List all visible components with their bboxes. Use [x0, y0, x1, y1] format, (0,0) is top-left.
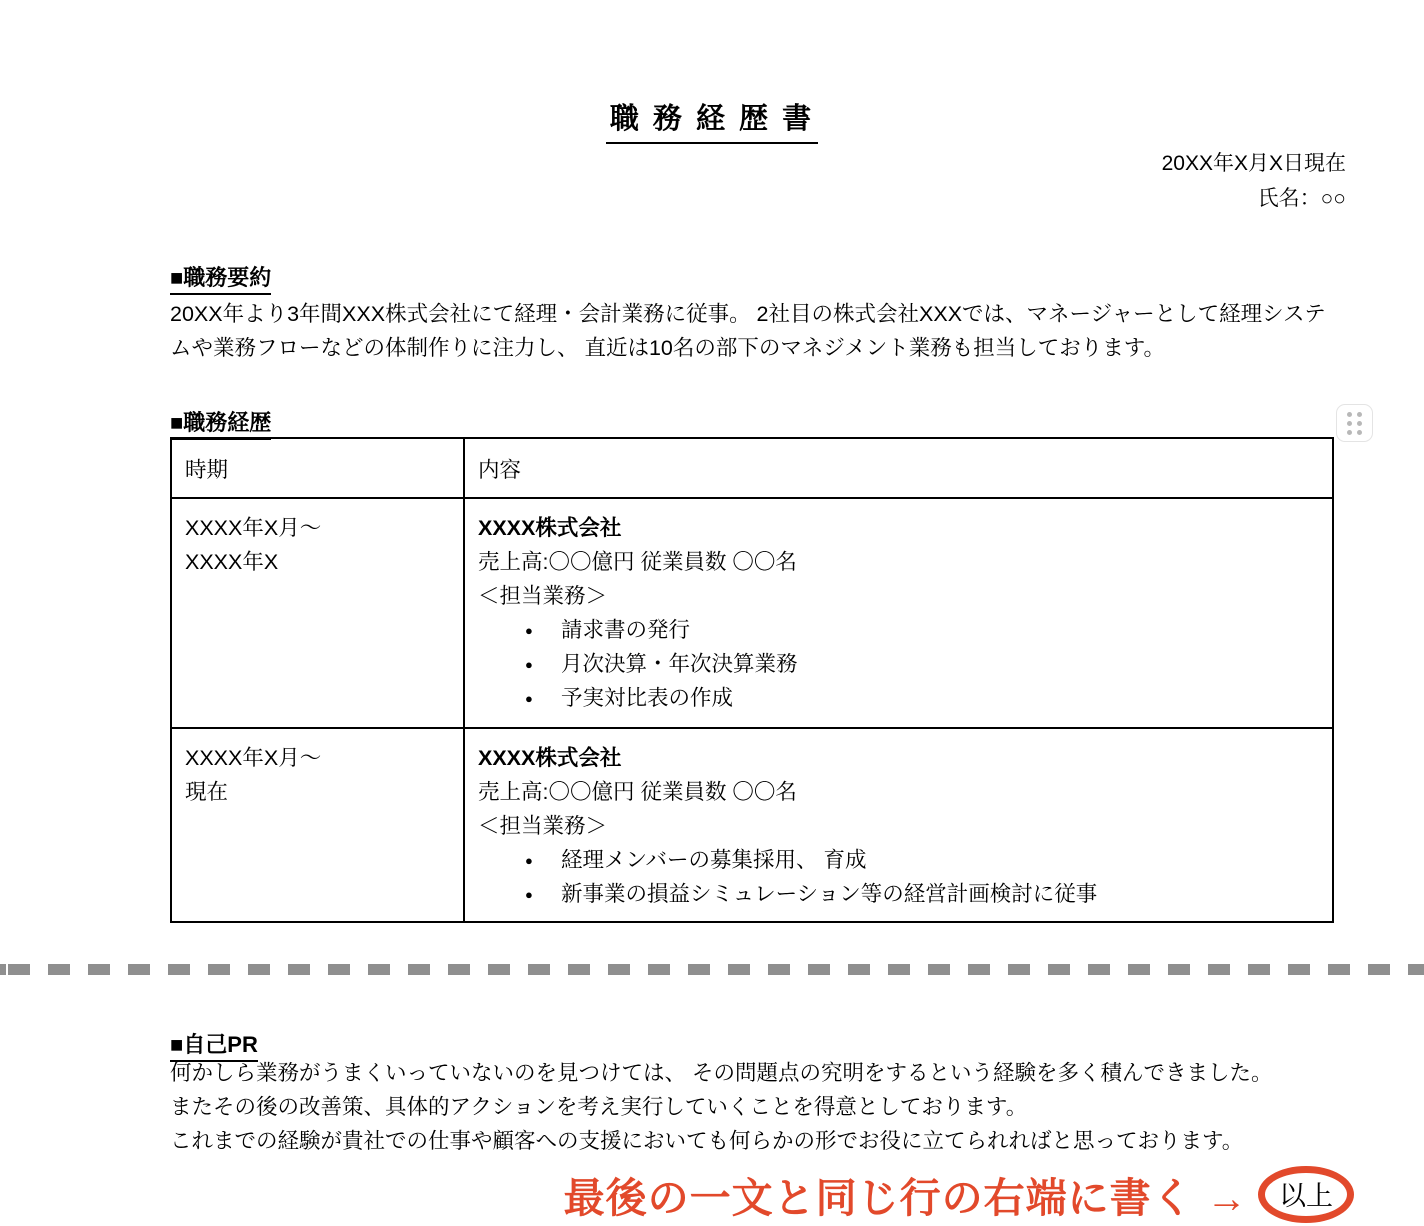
company-name: XXXX株式会社	[478, 511, 1322, 545]
document-page: 職 務 経 歴 書 20XX年X月X日現在 氏名：○○ ■職務要約 20XX年よ…	[0, 0, 1424, 1226]
name-line: 氏名：○○	[170, 181, 1346, 216]
career-heading: ■職務経歴	[170, 406, 1346, 440]
date-line: 20XX年X月X日現在	[170, 146, 1346, 181]
column-header-content: 内容	[464, 438, 1333, 498]
annotation-note: 最後の一文と同じ行の右端に書く → 以上	[564, 1165, 1354, 1224]
period-cell: XXXX年X月～ 現在	[171, 728, 464, 922]
duties-list: 請求書の発行 月次決算・年次決算業務 予実対比表の作成	[478, 613, 1322, 715]
summary-body: 20XX年より3年間XXX株式会社にて経理・会計業務に従事。 2社目の株式会社X…	[170, 297, 1346, 365]
list-item: 新事業の損益シミュレーション等の経営計画検討に従事	[478, 877, 1322, 911]
document-meta: 20XX年X月X日現在 氏名：○○	[170, 146, 1346, 216]
pr-paragraph: またその後の改善策、具体的アクションを考え実行していくことを得意としております。	[170, 1090, 1346, 1124]
six-dot-grid-icon	[1347, 412, 1362, 435]
company-stats: 売上高:〇〇億円 従業員数 〇〇名	[478, 545, 1322, 579]
pr-body: 何かしら業務がうまくいっていないのを見つけては、 その問題点の究明をするという経…	[170, 1056, 1346, 1158]
period-cell: XXXX年X月～ XXXX年X	[171, 498, 464, 728]
summary-heading: ■職務要約	[170, 261, 1346, 295]
pr-paragraph: 何かしら業務がうまくいっていないのを見つけては、 その問題点の究明をするという経…	[170, 1056, 1346, 1090]
content-cell: XXXX株式会社 売上高:〇〇億円 従業員数 〇〇名 ＜担当業務＞ 請求書の発行…	[464, 498, 1333, 728]
dashed-divider	[0, 964, 1424, 975]
circled-text: 以上	[1279, 1181, 1333, 1211]
list-item: 予実対比表の作成	[478, 681, 1322, 715]
company-name: XXXX株式会社	[478, 741, 1322, 775]
duties-list: 経理メンバーの募集採用、 育成 新事業の損益シミュレーション等の経営計画検討に従…	[478, 843, 1322, 911]
company-stats: 売上高:〇〇億円 従業員数 〇〇名	[478, 775, 1322, 809]
duties-label: ＜担当業務＞	[478, 809, 1322, 843]
list-item: 経理メンバーの募集採用、 育成	[478, 843, 1322, 877]
drag-handle-icon[interactable]	[1336, 404, 1373, 442]
annotation-label: 最後の一文と同じ行の右端に書く →	[564, 1165, 1248, 1224]
circle-highlight: 以上	[1258, 1166, 1354, 1223]
duties-label: ＜担当業務＞	[478, 579, 1322, 613]
content-cell: XXXX株式会社 売上高:〇〇億円 従業員数 〇〇名 ＜担当業務＞ 経理メンバー…	[464, 728, 1333, 922]
career-table: 時期 内容 XXXX年X月～ XXXX年X XXXX株式会社 売上高:〇〇億円 …	[170, 437, 1334, 923]
column-header-period: 時期	[171, 438, 464, 498]
table-row: XXXX年X月～ 現在 XXXX株式会社 売上高:〇〇億円 従業員数 〇〇名 ＜…	[171, 728, 1333, 922]
list-item: 月次決算・年次決算業務	[478, 647, 1322, 681]
page-title: 職 務 経 歴 書	[606, 96, 818, 144]
pr-paragraph: これまでの経験が貴社での仕事や顧客への支援においても何らかの形でお役に立てられれ…	[170, 1124, 1346, 1158]
list-item: 請求書の発行	[478, 613, 1322, 647]
table-row: XXXX年X月～ XXXX年X XXXX株式会社 売上高:〇〇億円 従業員数 〇…	[171, 498, 1333, 728]
table-header-row: 時期 内容	[171, 438, 1333, 498]
